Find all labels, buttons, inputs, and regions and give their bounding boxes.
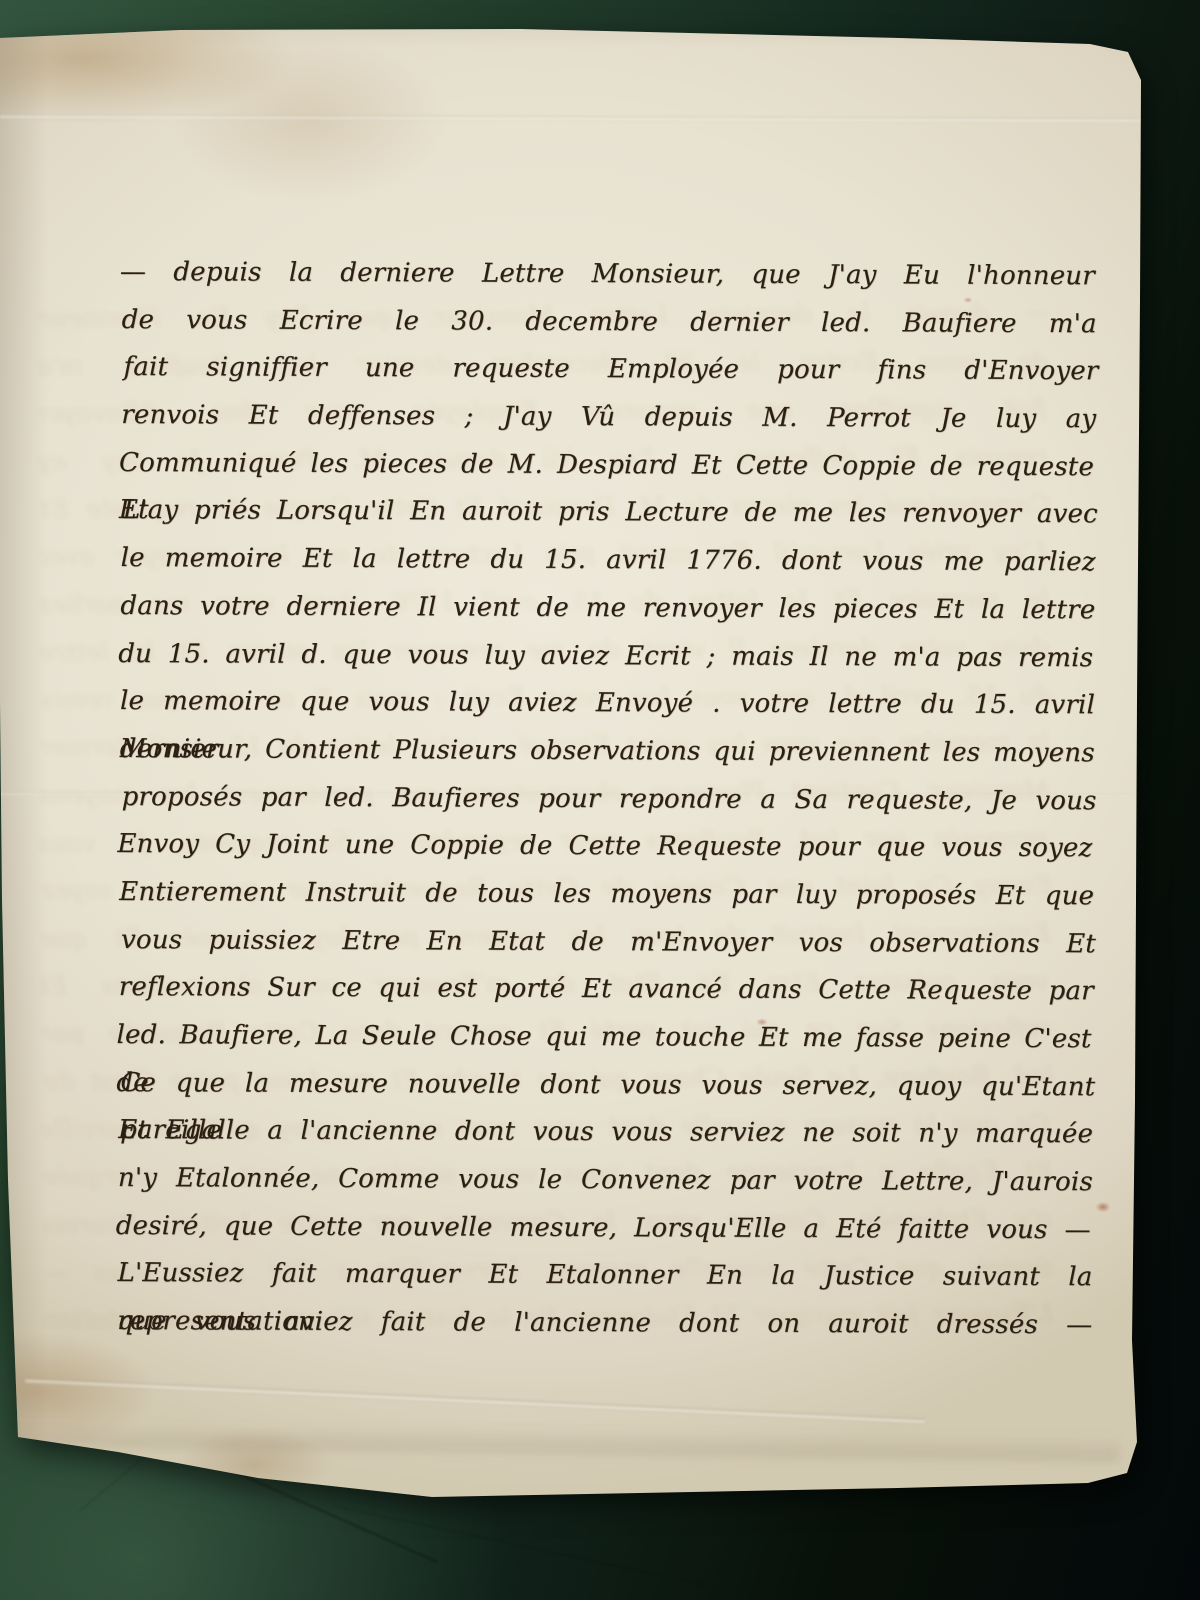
letter-line: led. Baufiere, La Seule Chose qui me tou… xyxy=(116,1012,1091,1064)
letter-line: Et Egalle a l'ancienne dont vous vous se… xyxy=(118,1107,1093,1159)
letter-sheet: — depuis la derniere Lettre Monsieur, qu… xyxy=(0,0,1200,1600)
letter-line: dans votre derniere Il vient de me renvo… xyxy=(120,583,1095,635)
letter-line: — depuis la derniere Lettre Monsieur, qu… xyxy=(120,249,1095,301)
letter-sheet-wrapper: — depuis la derniere Lettre Monsieur, qu… xyxy=(0,0,1200,1600)
letter-line: reflexions Sur ce qui est porté Et avanc… xyxy=(119,964,1094,1016)
letter-line: vous puissiez Etre En Etat de m'Envoyer … xyxy=(121,917,1096,969)
letter-line: Ce que la mesure nouvelle dont vous vous… xyxy=(120,1060,1095,1112)
letter-line: du 15. avril d. que vous luy aviez Ecrit… xyxy=(118,630,1093,682)
letter-line: le memoire Et la lettre du 15. avril 177… xyxy=(121,535,1096,587)
letter-line: Communiqué les pieces de M. Despiard Et … xyxy=(119,440,1094,492)
photo-scene: — depuis la derniere Lettre Monsieur, qu… xyxy=(0,0,1200,1600)
letter-line: L'Eussiez fait marquer Et Etalonner En l… xyxy=(117,1250,1092,1302)
letter-line: le memoire que vous luy aviez Envoyé . v… xyxy=(120,678,1095,730)
letter-line: Entierement Instruit de tous les moyens … xyxy=(119,869,1094,921)
letter-line: Monsieur, Contient Plusieurs observation… xyxy=(120,726,1095,778)
letter-line: fait signiffier une requeste Employée po… xyxy=(123,344,1098,396)
letter-line: de vous Ecrire le 30. decembre dernier l… xyxy=(122,297,1097,349)
letter-line: n'y Etalonnée, Comme vous le Convenez pa… xyxy=(118,1155,1093,1207)
letter-line: Envoy Cy Joint une Coppie de Cette Reque… xyxy=(117,821,1092,873)
letter-line: L'ay priés Lorsqu'il En auroit pris Lect… xyxy=(123,487,1098,539)
letter-lines: — depuis la derniere Lettre Monsieur, qu… xyxy=(117,249,1097,1350)
letter-line: desiré, que Cette nouvelle mesure, Lorsq… xyxy=(116,1203,1091,1255)
letter-line: que vous aviez fait de l'ancienne dont o… xyxy=(117,1298,1092,1350)
letter-line: renvois Et deffenses ; J'ay Vû depuis M.… xyxy=(121,392,1096,444)
letter-line: proposés par led. Baufieres pour repondr… xyxy=(122,774,1097,826)
